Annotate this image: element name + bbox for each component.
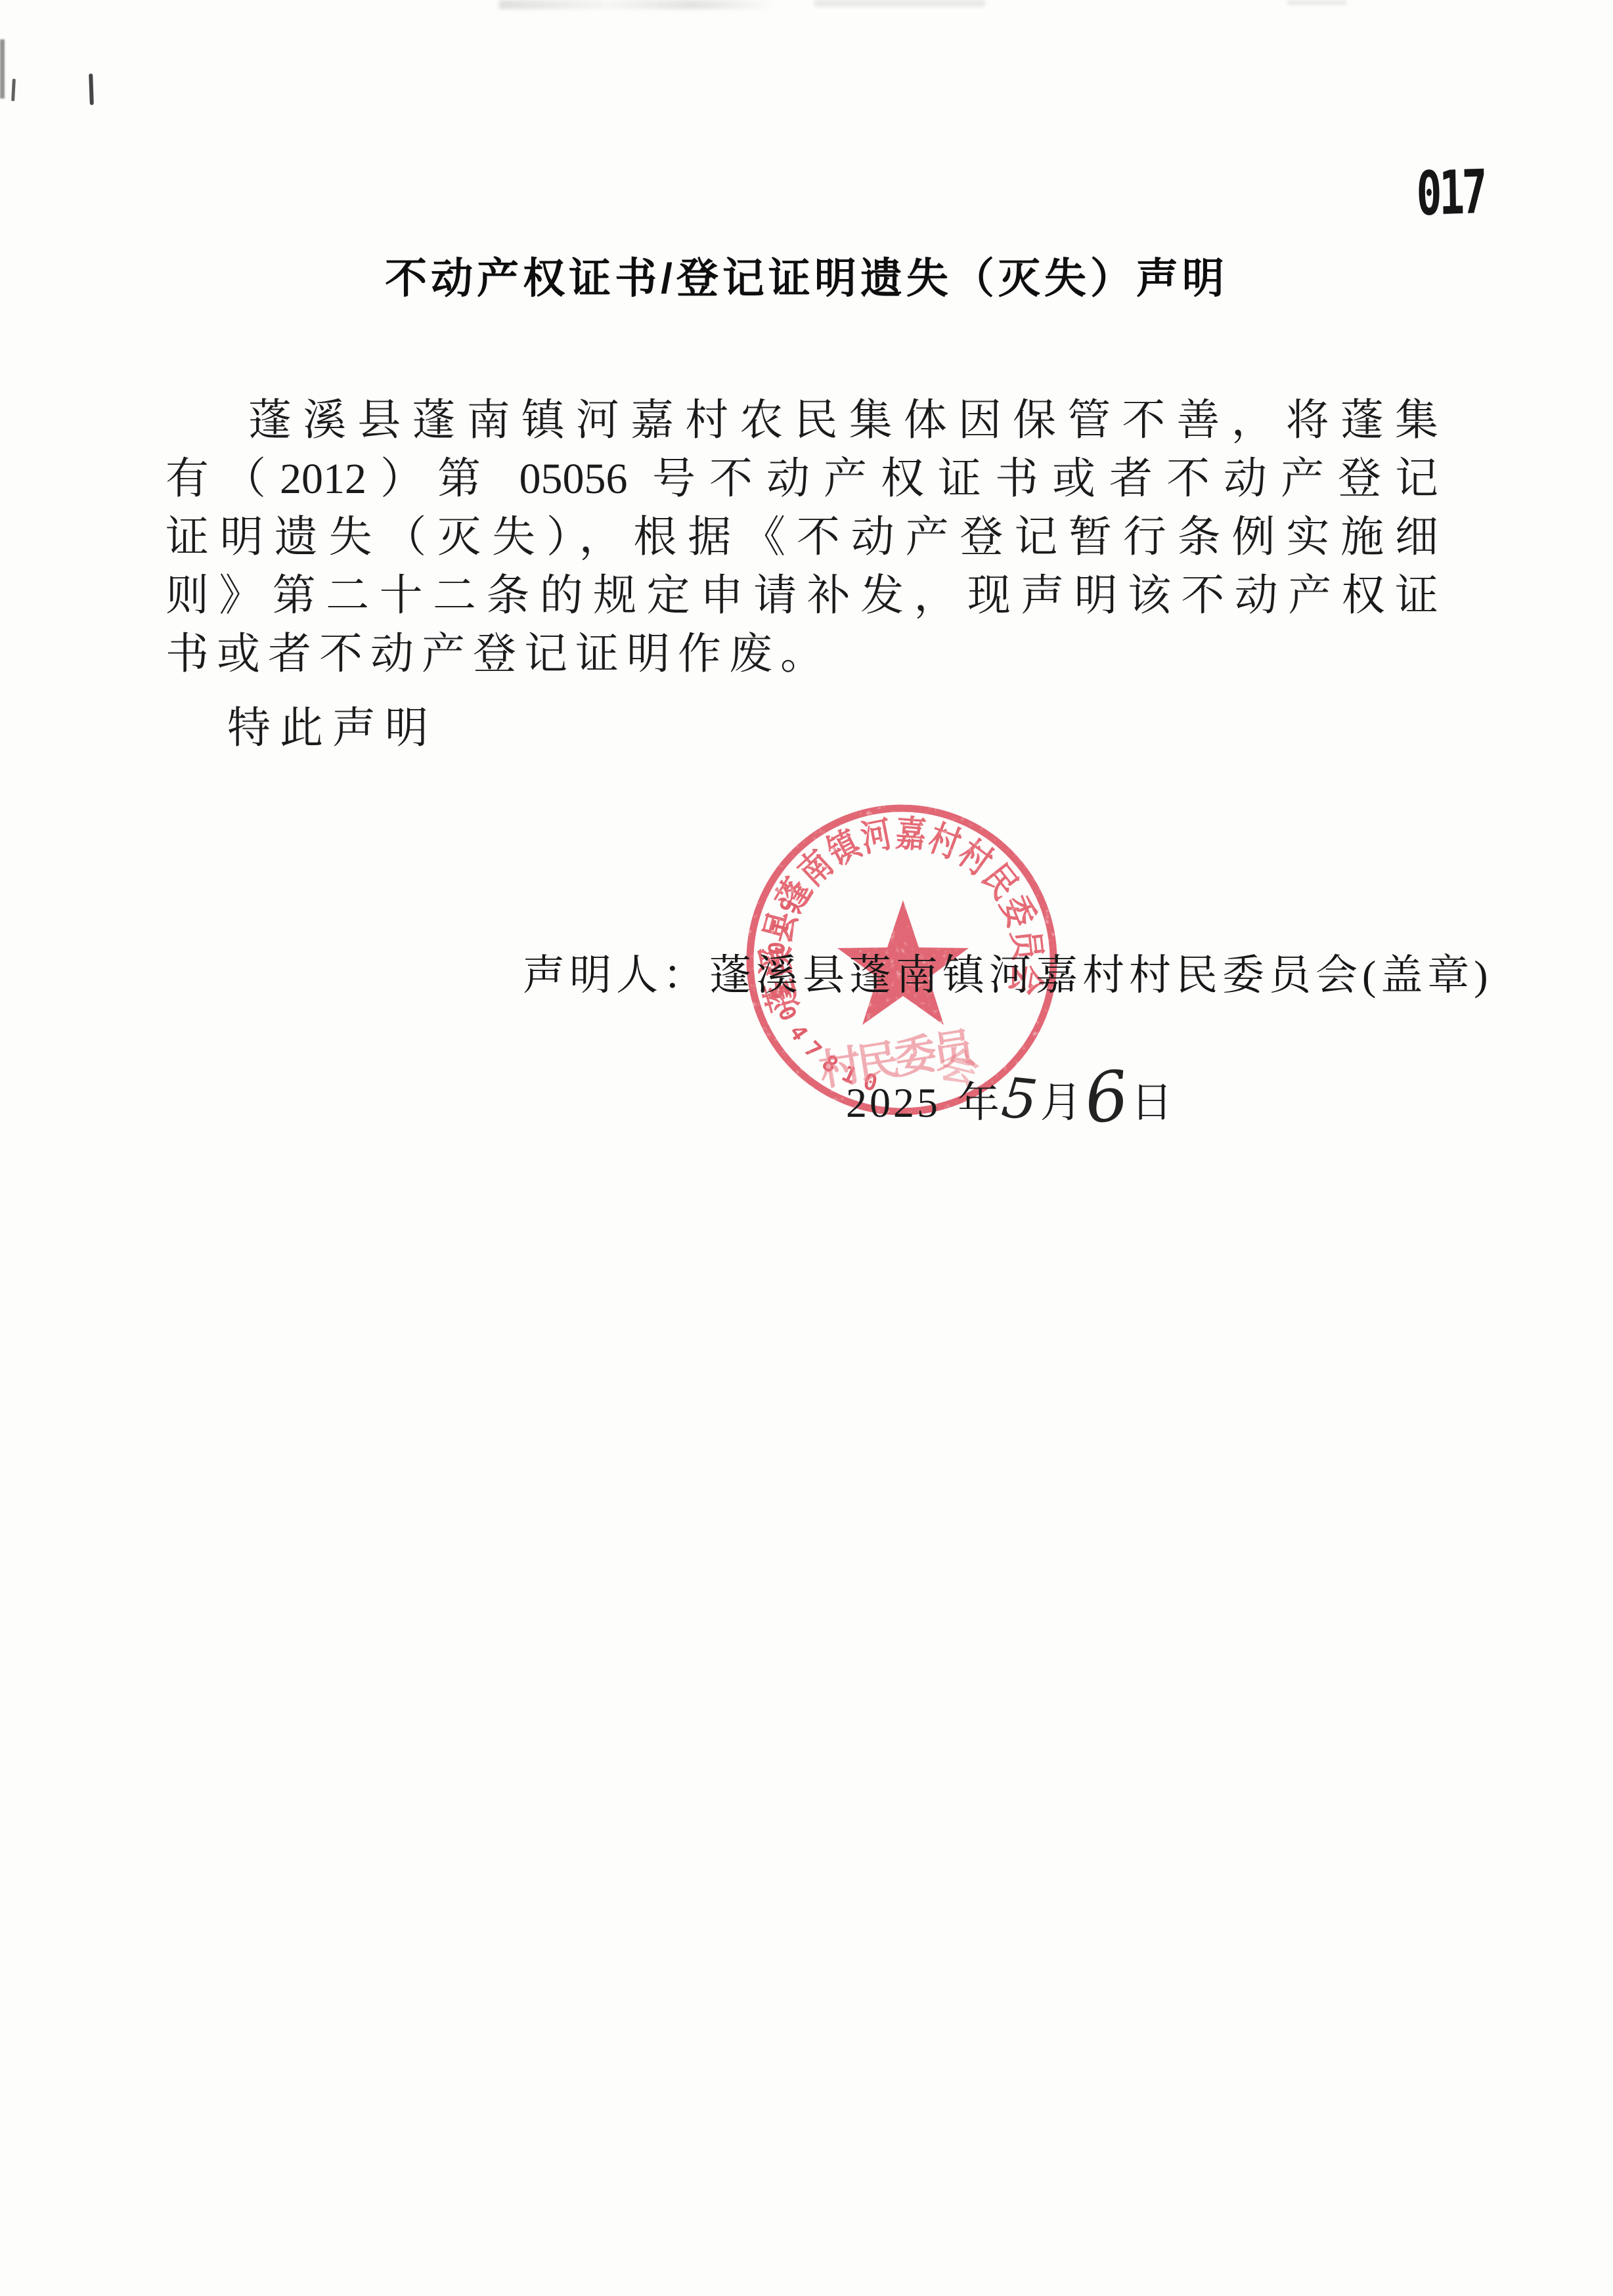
scan-edge-mark: [0, 39, 5, 98]
body-line: 证明遗失（灭失），根据《不动产登记暂行条例实施细: [166, 508, 1438, 567]
scan-smudge: [1287, 0, 1346, 5]
declaration-body: 蓬溪县蓬南镇河嘉村农民集体因保管不善，将蓬集 有（2012）第 05056 号不…: [166, 391, 1438, 758]
declarer-line: 声明人：蓬溪县蓬南镇河嘉村村民委员会(盖章): [523, 951, 1493, 1001]
scan-mark: [11, 79, 16, 101]
body-line: 则》第二十二条的规定申请补发，现声明该不动产权证: [166, 567, 1438, 625]
date-year: 2025: [846, 1079, 940, 1126]
date-month-handwritten: 5: [999, 1068, 1043, 1131]
date-month-label: 月: [1040, 1079, 1084, 1126]
body-line: 书或者不动产登记证明作废。: [166, 625, 1438, 683]
scan-smudge: [499, 0, 775, 9]
scanned-document-page: 017 不动产权证书/登记证明遗失（灭失）声明 蓬溪县蓬南镇河嘉村农民集体因保管…: [0, 0, 1613, 2296]
scan-mark: [89, 74, 94, 105]
scan-smudge: [814, 0, 985, 7]
date-day-label: 日: [1131, 1079, 1176, 1126]
body-line: 有（2012）第 05056 号不动产权证书或者不动产登记: [166, 450, 1438, 508]
date-year-label: 年: [958, 1079, 1002, 1126]
document-title: 不动产权证书/登记证明遗失（灭失）声明: [0, 253, 1613, 303]
body-line: 蓬溪县蓬南镇河嘉村农民集体因保管不善，将蓬集: [166, 391, 1438, 450]
date-day-handwritten: 6: [1082, 1066, 1134, 1129]
page-number-stamp: 017: [1416, 162, 1485, 225]
date-line: 2025年5月6日: [846, 1064, 1176, 1133]
closing-statement: 特此声明: [166, 699, 1438, 758]
